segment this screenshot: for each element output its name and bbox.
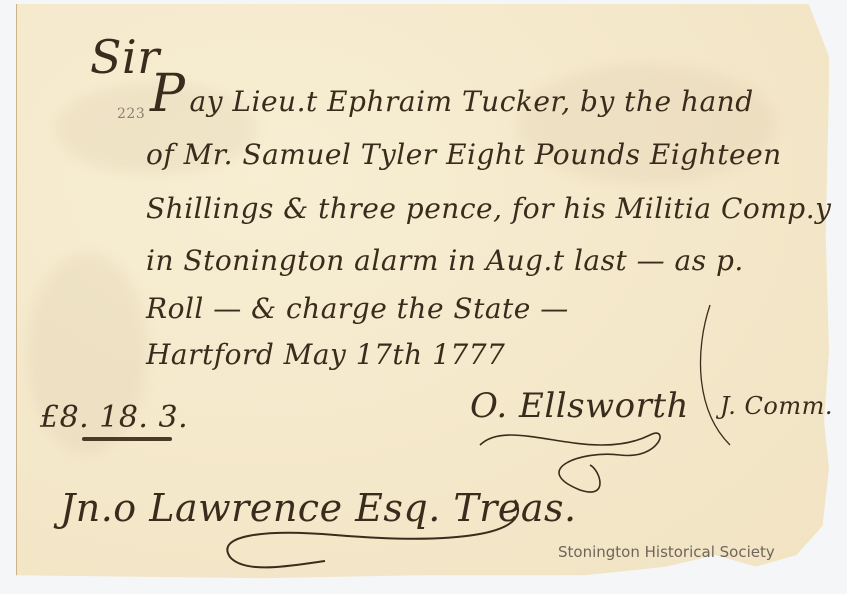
body-line-text: ay Lieu.t Ephraim Tucker, by the hand <box>190 85 754 118</box>
signature-suffix: J. Comm. <box>720 392 833 420</box>
watermark: Stonington Historical Society <box>558 543 775 561</box>
payee-flourish-icon <box>205 495 535 575</box>
body-line-1: Pay Lieu.t Ephraim Tucker, by the hand <box>150 64 754 124</box>
pencil-note: 223 <box>117 106 145 122</box>
bracket-flourish-icon <box>690 300 750 450</box>
body-line-2: of Mr. Samuel Tyler Eight Pounds Eightee… <box>146 138 782 171</box>
amount: £8. 18. 3. <box>40 400 188 435</box>
body-line-3: Shillings & three pence, for his Militia… <box>146 192 831 225</box>
body-line-4: in Stonington alarm in Aug.t last — as p… <box>146 244 744 277</box>
amount-underline <box>82 437 172 441</box>
date-line: Hartford May 17th 1777 <box>146 338 505 371</box>
body-line-5: Roll — & charge the State — <box>146 292 569 325</box>
initial-capital: P <box>150 64 186 124</box>
